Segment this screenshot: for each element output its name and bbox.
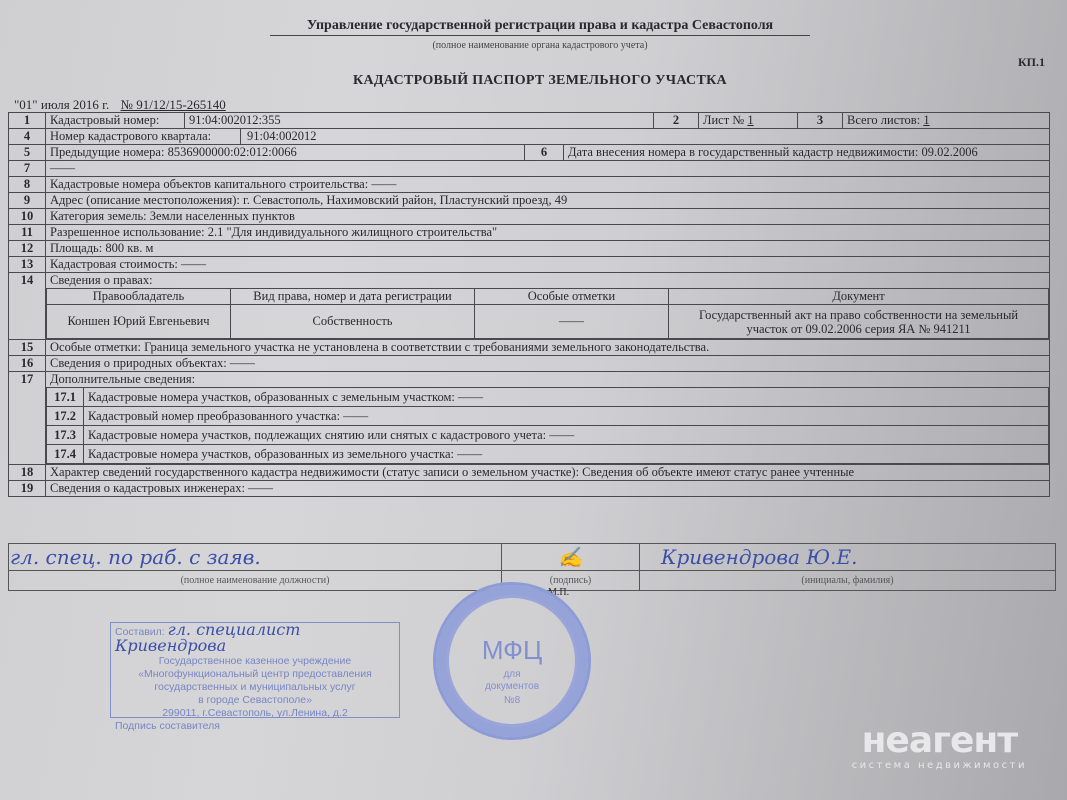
sub-item: Кадастровые номера участков, образованны… <box>84 388 1049 407</box>
row-13: 13Кадастровая стоимость: —— <box>9 257 1050 273</box>
rights-header: Особые отметки <box>475 289 669 305</box>
stamp-line: государственных и муниципальных услуг <box>111 681 399 694</box>
area: Площадь: 800 кв. м <box>46 241 1050 257</box>
composer-signature-label: Подпись составителя <box>111 720 399 733</box>
row-14: 14 Сведения о правах: Правообладатель Ви… <box>9 273 1050 340</box>
stamp-line: в городе Севастополе» <box>111 694 399 707</box>
sub-item: Кадастровый номер преобразованного участ… <box>84 407 1049 426</box>
sub-number: 17.4 <box>47 445 84 464</box>
total-sheets: Всего листов: 1 <box>843 113 1050 129</box>
row-number: 16 <box>9 356 46 372</box>
previous-numbers: Предыдущие номера: 8536900000:02:012:006… <box>46 145 525 160</box>
rights-header: Правообладатель <box>47 289 231 305</box>
sub-number: 17.3 <box>47 426 84 445</box>
rights-heading: Сведения о правах: <box>46 273 1049 288</box>
row-4: 4 Номер кадастрового квартала: 91:04:002… <box>9 129 1050 145</box>
record-status: Характер сведений государственного кадас… <box>46 465 1050 481</box>
document-number: № 91/12/15-265140 <box>121 97 226 112</box>
row-number: 11 <box>9 225 46 241</box>
row-19: 19Сведения о кадастровых инженерах: —— <box>9 481 1050 497</box>
quarter-label: Номер кадастрового квартала: <box>46 129 241 144</box>
row-number: 14 <box>9 273 46 340</box>
row-number: 4 <box>9 129 46 145</box>
row-number: 6 <box>525 145 564 160</box>
row-number: 19 <box>9 481 46 497</box>
issue-line: "01" июля 2016 г. № 91/12/15-265140 <box>14 97 226 113</box>
document-title: КАДАСТРОВЫЙ ПАСПОРТ ЗЕМЕЛЬНОГО УЧАСТКА <box>300 73 780 89</box>
row-number: 13 <box>9 257 46 273</box>
seal-main-text: МФЦ <box>436 635 588 666</box>
right-document: Государственный акт на право собственнос… <box>669 305 1049 339</box>
seal-text: для <box>436 669 588 680</box>
sheet-number: Лист № 1 <box>699 113 798 129</box>
row-8: 8Кадастровые номера объектов капитальног… <box>9 177 1050 193</box>
cadastral-number-value: 91:04:002012:355 <box>185 113 654 129</box>
address: Адрес (описание местоположения): г. Сева… <box>46 193 1050 209</box>
watermark-tagline: система недвижимости <box>852 760 1027 771</box>
natural-objects: Сведения о природных объектах: —— <box>46 356 1050 372</box>
row-number: 10 <box>9 209 46 225</box>
organization-name: Управление государственной регистрации п… <box>270 18 810 36</box>
row-number: 18 <box>9 465 46 481</box>
sub-number: 17.1 <box>47 388 84 407</box>
row-16: 16Сведения о природных объектах: —— <box>9 356 1050 372</box>
quarter-value: 91:04:002012 <box>241 129 1050 144</box>
row-number: 17 <box>9 372 46 465</box>
watermark-logo: неагент система недвижимости <box>852 722 1027 771</box>
cadastral-value: Кадастровая стоимость: —— <box>46 257 1050 273</box>
cadastral-number-label: Кадастровый номер: <box>46 113 185 129</box>
seal-text: документов <box>436 681 588 692</box>
row-number: 5 <box>9 145 46 161</box>
row-1: 1 Кадастровый номер: 91:04:002012:355 2 … <box>9 113 1050 129</box>
row-15: 15Особые отметки: Граница земельного уча… <box>9 340 1050 356</box>
permitted-use: Разрешенное использование: 2.1 "Для инди… <box>46 225 1050 241</box>
round-seal-icon: МФЦ для документов №8 <box>433 582 591 740</box>
row-11: 11Разрешенное использование: 2.1 "Для ин… <box>9 225 1050 241</box>
sub-item: Кадастровые номера участков, подлежащих … <box>84 426 1049 445</box>
sub-number: 17.2 <box>47 407 84 426</box>
stamp-line: Государственное казенное учреждение <box>111 655 399 668</box>
row-number: 12 <box>9 241 46 257</box>
rights-table: Правообладатель Вид права, номер и дата … <box>46 288 1049 339</box>
sub-item: Кадастровые номера участков, образованны… <box>84 445 1049 464</box>
row-7: 7—— <box>9 161 1050 177</box>
row-number: 7 <box>9 161 46 177</box>
row-number: 8 <box>9 177 46 193</box>
right-type: Собственность <box>231 305 475 339</box>
additional-table: 17.1Кадастровые номера участков, образов… <box>46 387 1049 464</box>
seal-text: №8 <box>436 695 588 706</box>
rights-header: Вид права, номер и дата регистрации <box>231 289 475 305</box>
additional-heading: Дополнительные сведения: <box>46 372 1049 387</box>
passport-table: 1 Кадастровый номер: 91:04:002012:355 2 … <box>8 112 1050 497</box>
row-9: 9Адрес (описание местоположения): г. Сев… <box>9 193 1050 209</box>
composer-stamp: Составил: гл. специалист Кривендрова Гос… <box>110 622 400 718</box>
rights-header: Документ <box>669 289 1049 305</box>
row-number: 15 <box>9 340 46 356</box>
stamp-line: «Многофункциональный центр предоставлени… <box>111 668 399 681</box>
right-holder: Коншен Юрий Евгеньевич <box>47 305 231 339</box>
capital-objects: Кадастровые номера объектов капитального… <box>46 177 1050 193</box>
form-code: КП.1 <box>1018 55 1045 70</box>
position-handwritten: гл. спец. по раб. с заяв. <box>10 545 261 569</box>
organization-caption: (полное наименование органа кадастрового… <box>270 40 810 51</box>
signature-mark: ✍ <box>502 544 640 571</box>
row-10: 10Категория земель: Земли населенных пун… <box>9 209 1050 225</box>
row-12: 12Площадь: 800 кв. м <box>9 241 1050 257</box>
row-number: 1 <box>9 113 46 129</box>
row-number: 3 <box>798 113 843 129</box>
issue-date: "01" июля 2016 г. <box>14 97 109 112</box>
land-category: Категория земель: Земли населенных пункт… <box>46 209 1050 225</box>
cadastral-engineers: Сведения о кадастровых инженерах: —— <box>46 481 1050 497</box>
row-5: 5 Предыдущие номера: 8536900000:02:012:0… <box>9 145 1050 161</box>
row-18: 18Характер сведений государственного кад… <box>9 465 1050 481</box>
position-caption: (полное наименование должности) <box>9 571 502 591</box>
row-17: 17 Дополнительные сведения: 17.1Кадастро… <box>9 372 1050 465</box>
row-number: 9 <box>9 193 46 209</box>
name-caption: (инициалы, фамилия) <box>640 571 1056 591</box>
special-notes: Особые отметки: Граница земельного участ… <box>46 340 1050 356</box>
watermark-brand: неагент <box>852 722 1027 760</box>
row-number: 2 <box>654 113 699 129</box>
right-notes: —— <box>475 305 669 339</box>
name-handwritten: Кривендрова Ю.Е. <box>661 545 857 569</box>
registration-date: Дата внесения номера в государственный к… <box>564 145 1050 160</box>
row-7-value: —— <box>46 161 1050 177</box>
stamp-line: 299011, г.Севастополь, ул.Ленина, д.2 <box>111 707 399 720</box>
